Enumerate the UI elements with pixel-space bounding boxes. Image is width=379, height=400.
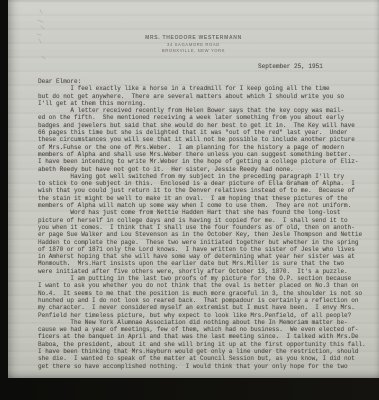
letter-line: Having got well switched from my subject…	[38, 173, 368, 180]
letter-line: I am putting in the last two proofs of m…	[38, 275, 368, 282]
letter-line: to stick to one subject in this. Enclose…	[38, 180, 368, 187]
letter-line: A letter received recently from Helen Bo…	[38, 107, 368, 114]
letterhead-name: MRS. THEODORE WESTERMANN	[8, 35, 379, 42]
letter-line: of Mrs.Fuhse or the one of Mrs.Weber. I …	[38, 144, 368, 151]
letter-line: abeth Reedy but have not got to it. Her …	[38, 166, 368, 173]
letter-line: of 1870 or of 1871 only the Lord knows. …	[38, 246, 368, 253]
letter-line: badges and jewelers but said that she wo…	[38, 122, 368, 129]
letter-line: Word has just come from Nettie Hadden Ha…	[38, 209, 368, 216]
letter-line: were initiated after five others were, s…	[38, 268, 368, 275]
letterhead: MRS. THEODORE WESTERMANN 34 SAGAMORE ROA…	[8, 35, 379, 54]
letter-line: ed on the fifth. She mentioned receiving…	[38, 114, 368, 121]
letter-line: she die. I wanted to speak of the matter…	[38, 355, 368, 362]
letter-line: hunched up and I do not look so reared b…	[38, 297, 368, 304]
letter-line: the stain it might be well to make it an…	[38, 195, 368, 202]
letter-line: wish that you could just return it to th…	[38, 187, 368, 194]
letter-line: Baboa, the president, about it and she w…	[38, 341, 368, 348]
letter-line: members of Alpha will match up some way …	[38, 202, 368, 209]
letter-line: cause we had a year of meetings, few of …	[38, 326, 368, 333]
letter-line: I'll get at them this morning.	[38, 100, 368, 107]
letter-line: get there so have accomplished nothing. …	[38, 363, 368, 370]
letter-line: er page Sue Walker and Lou Stevenson as …	[38, 231, 368, 238]
letter-body-text: Dear Elmore: I feel exactly like a horse…	[38, 78, 368, 370]
letter-line: Monmouth. Mrs.Hart insists upon the earl…	[38, 260, 368, 267]
letter-line: No.4. It seems to me that the position i…	[38, 290, 368, 297]
letter-line: I have been thinking that Mrs.Hayburn wo…	[38, 348, 368, 355]
letter-line: The New York Alumnae Association did not…	[38, 319, 368, 326]
letter-line: my character. I never considered myself …	[38, 304, 368, 311]
letter-line: these circumstances you will see that it…	[38, 136, 368, 143]
letter-line: you when it comes. I think that I shall …	[38, 224, 368, 231]
letter-line: I feel exactly like a horse in a treadmi…	[38, 85, 368, 92]
letter-line: members of Alpha and shall use Mrs.Weber…	[38, 151, 368, 158]
letter-line: ficers at the banquet in April and that …	[38, 333, 368, 340]
letter-paper: MRS. THEODORE WESTERMANN 34 SAGAMORE ROA…	[8, 0, 379, 378]
letter-date: September 25, 1951	[258, 63, 323, 70]
letter-line: Dear Elmore:	[38, 78, 368, 85]
letter-line: Penfield her timeless picture, but why e…	[38, 312, 368, 319]
letter-line: picture of herself in college days and i…	[38, 217, 368, 224]
letterhead-address-line2: BRONXVILLE, NEW YORK	[8, 48, 379, 54]
letter-line: I have been intending to write Mr.Weber …	[38, 158, 368, 165]
letter-line: in Amherst hoping that she will have som…	[38, 253, 368, 260]
letter-line: but do not get anywhere. There are sever…	[38, 93, 368, 100]
letter-line: Hadden to complete the page. These two w…	[38, 239, 368, 246]
letter-line: 66 pages this time but she is delighted …	[38, 129, 368, 136]
letter-line: I want to ask you whether you do not thi…	[38, 282, 368, 289]
scanned-letter-page: { "document": { "kind": "typewritten-let…	[0, 0, 379, 400]
